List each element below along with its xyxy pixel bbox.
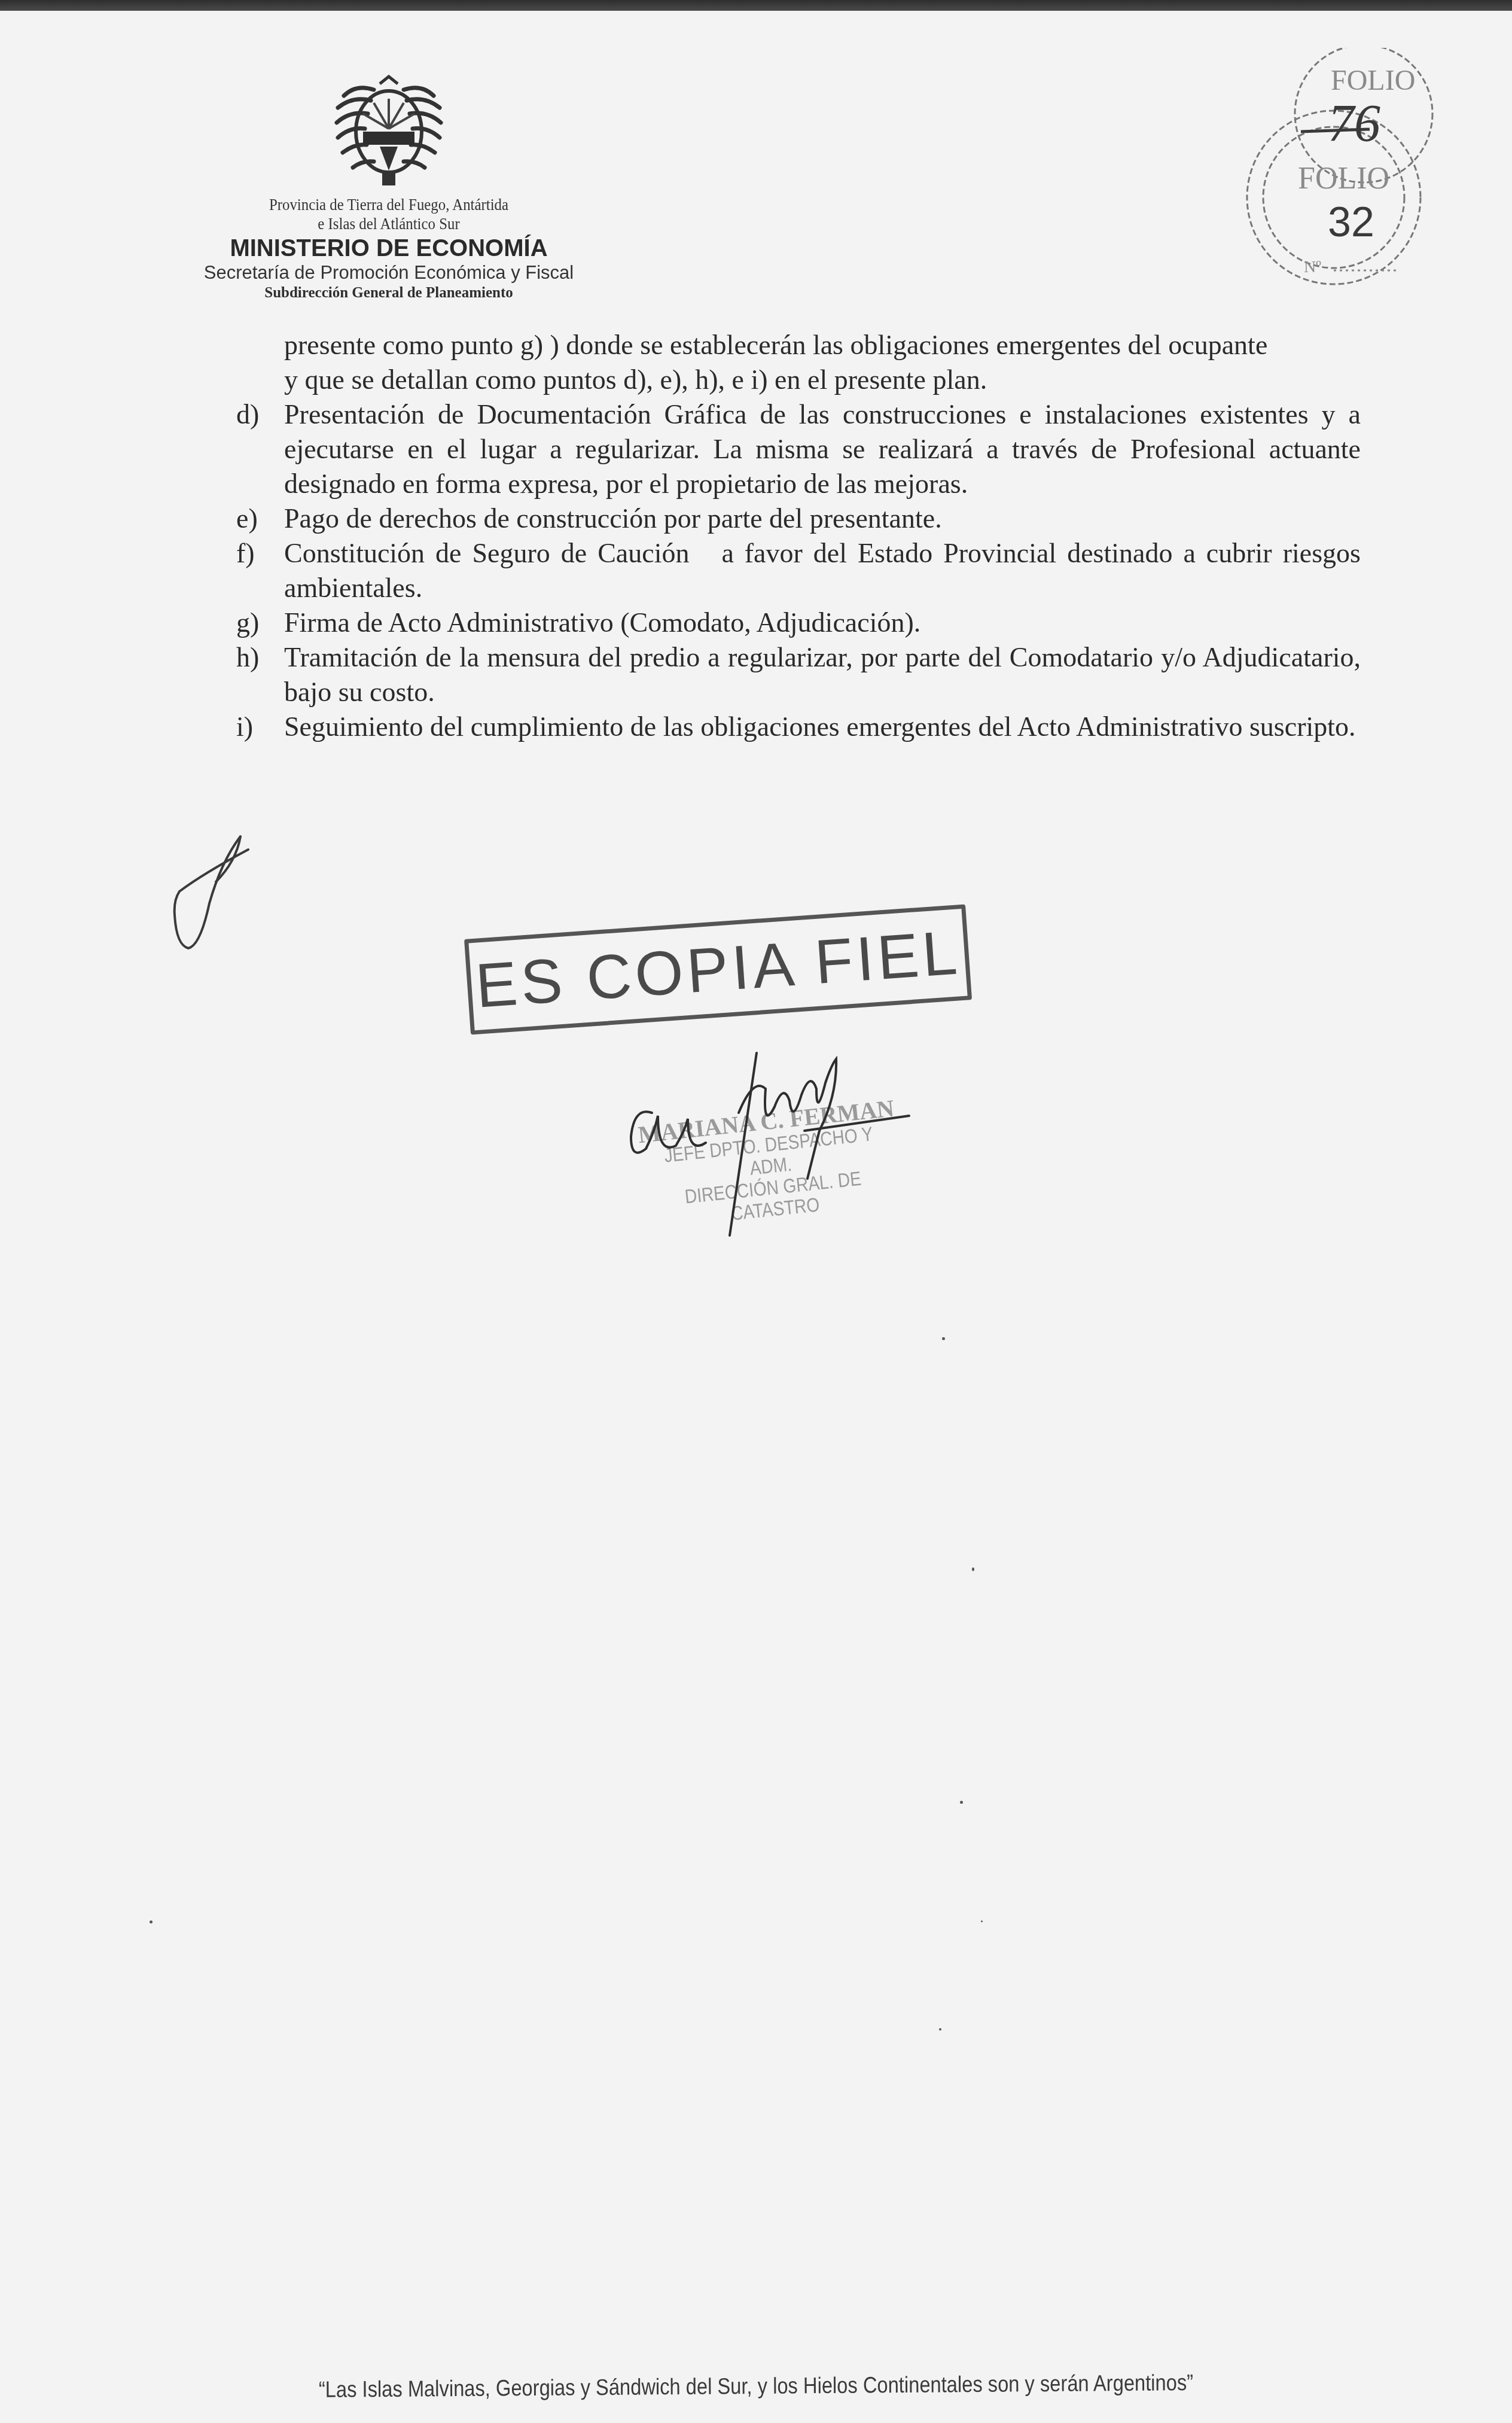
handwritten-signature (610, 1041, 981, 1238)
coat-of-arms-icon (320, 72, 458, 191)
list-item-text: Firma de Acto Administrativo (Comodato, … (284, 605, 1361, 640)
scan-top-edge (0, 0, 1512, 11)
folio-stamps: FOLIO 76 FOLIO 32 Nº (1244, 48, 1471, 323)
scan-speck (960, 1801, 963, 1804)
secretariat-name: Secretaría de Promoción Económica y Fisc… (179, 262, 598, 284)
list-item-e: e) Pago de derechos de construcción por … (236, 501, 1361, 536)
subdirectorate-name: Subdirección General de Planeamiento (179, 284, 598, 303)
certified-copy-stamp: ES COPIA FIEL (464, 904, 972, 1034)
list-item-label: d) (236, 397, 284, 501)
list-item-i: i) Seguimiento del cumplimiento de las o… (236, 710, 1361, 744)
list-item-d: d) Presentación de Documentación Gráfica… (236, 397, 1361, 501)
scan-speck (981, 1920, 983, 1922)
continuation-line-1: presente como punto g) ) donde se establ… (284, 328, 1361, 363)
province-line-1: Provincia de Tierra del Fuego, Antártida (196, 195, 581, 214)
folio-number-prefix: Nº (1304, 258, 1321, 276)
list-item-text: Constitución de Seguro de Caución a favo… (284, 536, 1361, 605)
scan-speck (150, 1920, 153, 1923)
signature-icon (610, 1041, 981, 1238)
list-item-label: i) (236, 710, 284, 744)
scan-speck (942, 1337, 945, 1340)
list-item-text: Pago de derechos de construcción por par… (284, 501, 1361, 536)
scan-speck (972, 1567, 974, 1571)
list-item-g: g) Firma de Acto Administrativo (Comodat… (236, 605, 1361, 640)
footer-motto: “Las Islas Malvinas, Georgias y Sándwich… (106, 2369, 1406, 2405)
continuation-line-2: y que se detallan como puntos d), e), h)… (284, 363, 1361, 397)
document-body: presente como punto g) ) donde se establ… (236, 328, 1361, 744)
list-item-label: e) (236, 501, 284, 536)
list-item-f: f) Constitución de Seguro de Caución a f… (236, 536, 1361, 605)
folio-stamp-2-number: 32 (1328, 199, 1374, 245)
list-item-label: h) (236, 640, 284, 710)
scan-speck (939, 2028, 941, 2031)
list-item-text: Tramitación de la mensura del predio a r… (284, 640, 1361, 710)
list-item-text: Seguimiento del cumplimiento de las obli… (284, 710, 1361, 744)
ministry-title: MINISTERIO DE ECONOMÍA (179, 235, 598, 262)
initials-signature (167, 826, 263, 957)
list-item-label: f) (236, 536, 284, 605)
list-item-h: h) Tramitación de la mensura del predio … (236, 640, 1361, 710)
list-item-text: Presentación de Documentación Gráfica de… (284, 397, 1361, 501)
folio-stamp-2-label: FOLIO (1298, 162, 1389, 196)
folio-stamp-1-number: 76 (1328, 95, 1380, 153)
list-item-label: g) (236, 605, 284, 640)
province-line-2: e Islas del Atlántico Sur (196, 214, 581, 233)
continuation-paragraph: presente como punto g) ) donde se establ… (236, 328, 1361, 397)
folio-stamp-1-label: FOLIO (1331, 65, 1415, 96)
letterhead: Provincia de Tierra del Fuego, Antártida… (179, 72, 598, 303)
